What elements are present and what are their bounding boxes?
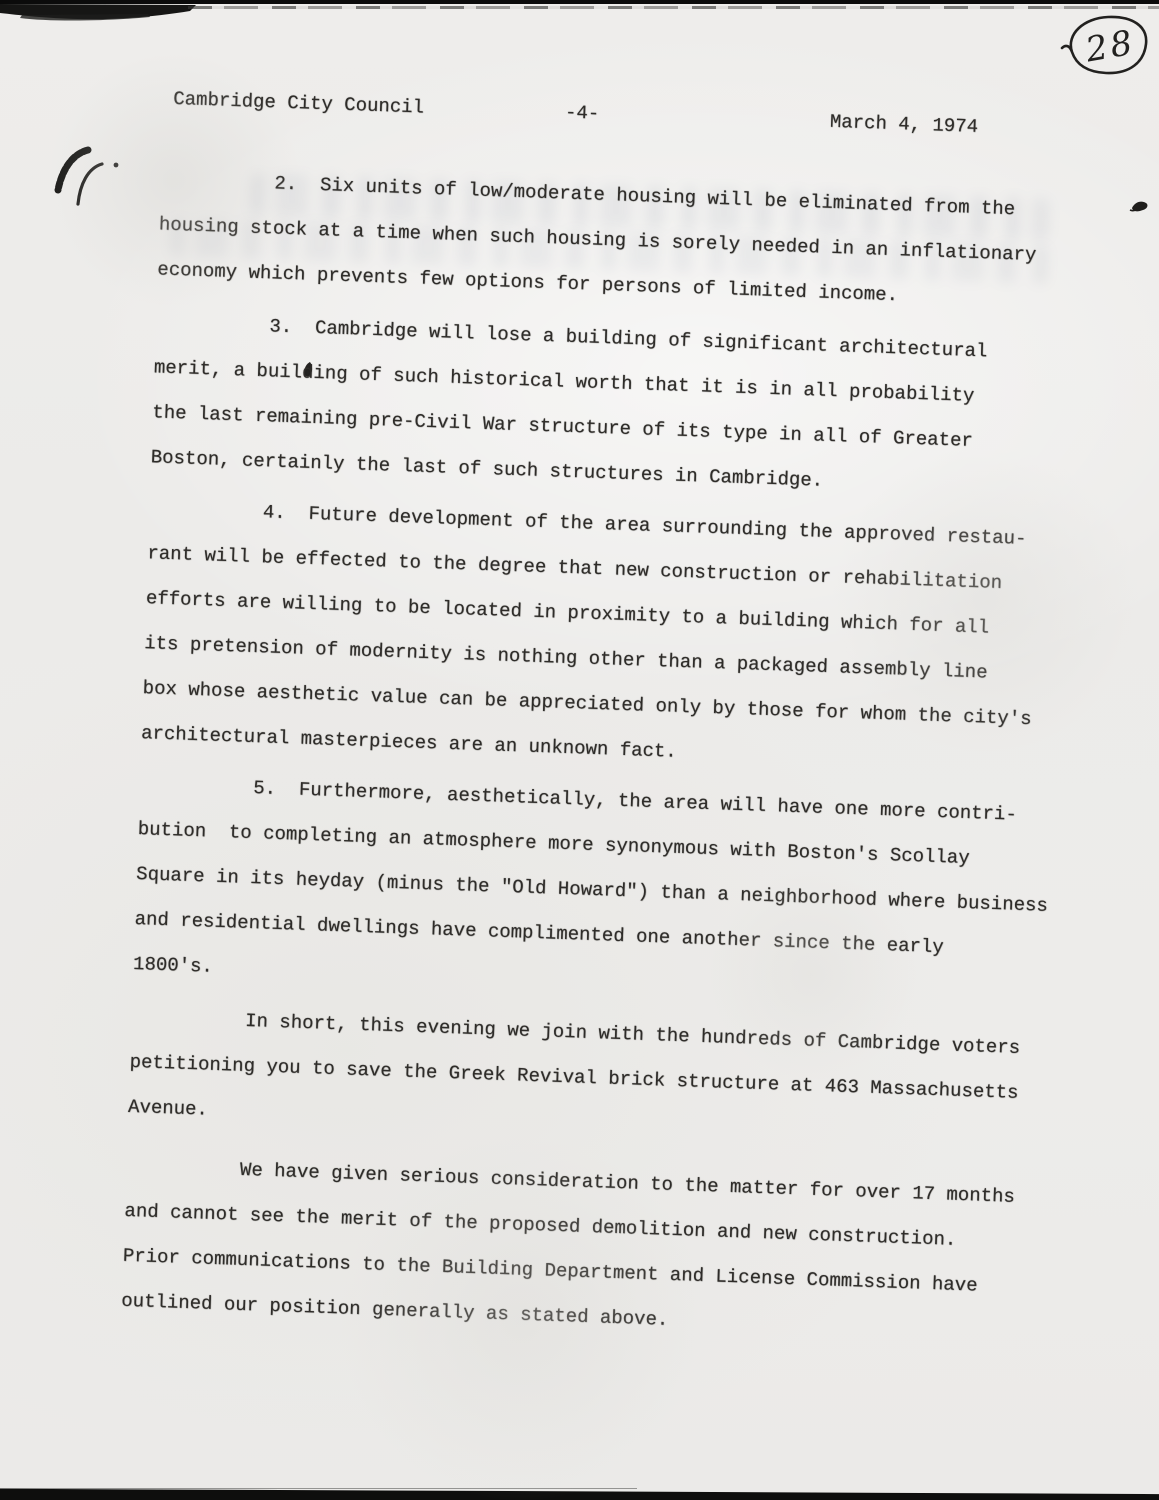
paragraph-item-3: 3. Cambridge will lose a building of sig…	[135, 300, 1141, 515]
paragraph-in-short: In short, this evening we join with the …	[112, 994, 1116, 1164]
typed-letter-body: Cambridge City Council -4- March 4, 1974…	[106, 50, 1150, 1358]
circled-page-number-text: 28	[1082, 23, 1138, 71]
paragraph-consideration: We have given serious consideration to t…	[106, 1143, 1112, 1358]
header-page-number: -4-	[564, 91, 600, 137]
header-organization: Cambridge City Council	[173, 77, 425, 131]
letter-header: Cambridge City Council -4- March 4, 1974	[148, 76, 1149, 156]
paragraph-item-5: 5. Furthermore, aesthetically, the area …	[117, 762, 1124, 1022]
scanner-bottom-thin-line	[0, 1488, 637, 1489]
header-date: March 4, 1974	[829, 100, 979, 150]
paragraph-item-4: 4. Future development of the area surrou…	[125, 486, 1134, 791]
scanner-ink-smudge	[0, 2, 210, 35]
circled-page-number: 28	[1058, 8, 1158, 91]
scanner-dashed-line	[188, 6, 1159, 9]
paragraph-item-2: 2. Six units of low/moderate housing wil…	[142, 157, 1146, 327]
scanned-document-page: 28 Cambridge City Council -4- March 4, 1…	[0, 0, 1159, 1500]
margin-check-mark	[36, 140, 131, 240]
